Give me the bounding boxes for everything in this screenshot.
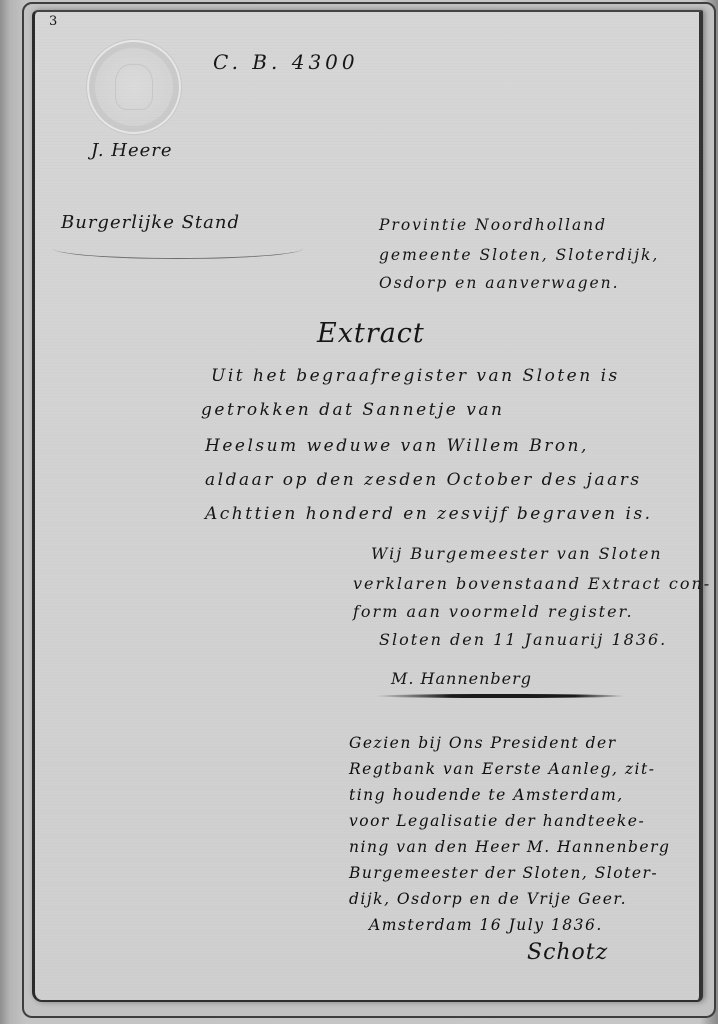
president-signature: Schotz <box>527 940 608 965</box>
certification-line: Wij Burgemeester van Sloten <box>371 544 663 563</box>
certification-line: form aan voormeld register. <box>353 602 634 621</box>
section-label: Burgerlijke Stand <box>61 212 240 233</box>
legalization-line: Regtbank van Eerste Aanleg, zit- <box>349 760 655 778</box>
legalization-line: Burgemeester der Sloten, Sloter- <box>349 864 658 882</box>
page-number: 3 <box>49 14 58 29</box>
header-line: Osdorp en aanverwagen. <box>379 274 620 292</box>
header-line: gemeente Sloten, Sloterdijk, <box>379 246 659 264</box>
signature-underline <box>375 694 625 698</box>
document-title: Extract <box>317 318 425 349</box>
document-page: 3 C. B. 4300 J. Heere Burgerlijke Stand … <box>32 10 703 1002</box>
flourish-divider <box>53 238 303 259</box>
legalization-line: voor Legalisatie der handteeke- <box>349 812 645 830</box>
body-line: Achttien honderd en zesvijf begraven is. <box>205 504 653 524</box>
body-line: Heelsum weduwe van Willem Bron, <box>205 436 589 456</box>
legalization-line: ning van den Heer M. Hannenberg <box>349 838 670 856</box>
certification-date: Sloten den 11 Januarij 1836. <box>379 630 667 649</box>
legalization-line: Gezien bij Ons President der <box>349 734 617 752</box>
body-line: aldaar op den zesden October des jaars <box>205 470 642 490</box>
reference-number: C. B. 4300 <box>213 50 359 74</box>
embossed-seal-icon <box>87 40 181 134</box>
body-line: getrokken dat Sannetje van <box>201 400 504 420</box>
body-line: Uit het begraafregister van Sloten is <box>211 366 620 386</box>
legalization-line: ting houdende te Amsterdam, <box>349 786 624 804</box>
certification-line: verklaren bovenstaand Extract con- <box>353 574 711 593</box>
legalization-date: Amsterdam 16 July 1836. <box>369 916 603 934</box>
mayor-signature: M. Hannenberg <box>391 669 532 688</box>
header-line: Provintie Noordholland <box>379 216 607 234</box>
top-signature: J. Heere <box>91 140 173 161</box>
legalization-line: dijk, Osdorp en de Vrije Geer. <box>349 890 627 908</box>
